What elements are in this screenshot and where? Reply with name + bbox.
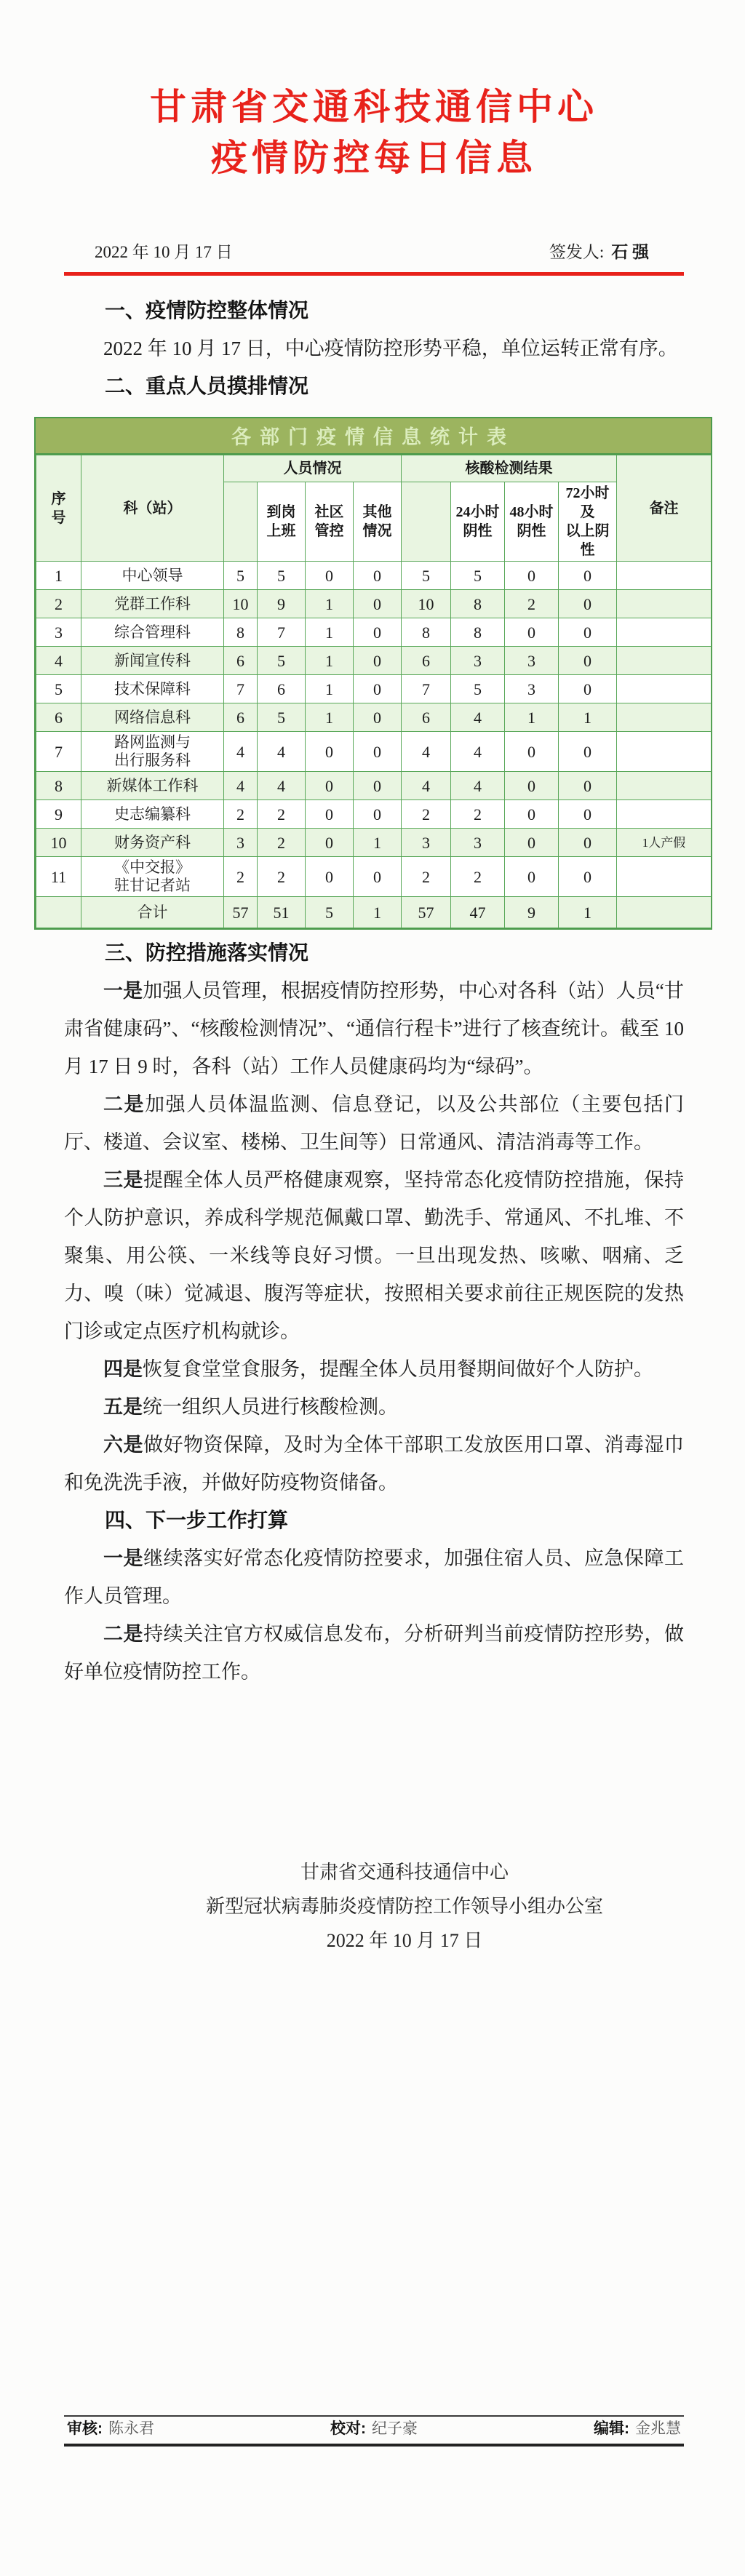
col-subheader-72h: 72小时及 以上阴性 xyxy=(559,482,617,562)
cell-value: 4 xyxy=(451,703,505,732)
cell-index: 5 xyxy=(36,675,81,703)
document-title: 甘肃省交通科技通信中心 疫情防控每日信息 xyxy=(64,81,684,183)
cell-value: 1 xyxy=(354,829,402,857)
cell-value: 8 xyxy=(402,618,451,647)
cell-value: 0 xyxy=(559,675,617,703)
paragraph-lead: 三是 xyxy=(103,1169,143,1191)
cell-value: 0 xyxy=(559,857,617,897)
cell-dept: 网络信息科 xyxy=(81,703,224,732)
cell-remark xyxy=(617,772,712,800)
table-row: 7路网监测与 出行服务科44004400 xyxy=(36,732,712,772)
table-row: 4新闻宣传科65106330 xyxy=(36,647,712,675)
cell-value: 4 xyxy=(224,732,258,772)
signature-org-line2: 新型冠状病毒肺炎疫情防控工作领导小组办公室 xyxy=(32,1889,745,1923)
body-paragraph: 六是做好物资保障，及时为全体干部职工发放医用口罩、消毒湿巾和免洗洗手液，并做好防… xyxy=(64,1426,684,1502)
cell-value: 47 xyxy=(451,897,505,928)
cell-value: 1 xyxy=(306,647,354,675)
cell-value: 5 xyxy=(258,562,306,590)
cell-value: 7 xyxy=(402,675,451,703)
cell-remark: 1人产假 xyxy=(617,829,712,857)
cell-value: 0 xyxy=(306,772,354,800)
table-total-row: 合计575151574791 xyxy=(36,897,712,928)
cell-value: 8 xyxy=(451,618,505,647)
cell-value: 1 xyxy=(354,897,402,928)
cell-remark xyxy=(617,618,712,647)
cell-value: 0 xyxy=(559,800,617,829)
cell-dept: 新闻宣传科 xyxy=(81,647,224,675)
col-header-index: 序 号 xyxy=(36,455,81,562)
cell-value: 2 xyxy=(402,800,451,829)
cell-value: 3 xyxy=(402,829,451,857)
paragraph-lead: 二是 xyxy=(103,1093,145,1115)
issuer: 签发人:石 强 xyxy=(549,242,649,263)
col-subheader-48h: 48小时 阴性 xyxy=(505,482,559,562)
cell-value: 2 xyxy=(258,800,306,829)
covid-table: 序 号 科（站） 人员情况 核酸检测结果 备注 到岗 上班 社区 管控 其他 情… xyxy=(36,455,712,928)
cell-value: 0 xyxy=(559,562,617,590)
paragraph-lead: 一是 xyxy=(103,980,143,1002)
cell-index: 6 xyxy=(36,703,81,732)
cell-value: 4 xyxy=(258,732,306,772)
body-paragraph: 一是加强人员管理，根据疫情防控形势，中心对各科（站）人员“甘肃省健康码”、“核酸… xyxy=(64,972,684,1085)
body-paragraph: 2022 年 10 月 17 日，中心疫情防控形势平稳，单位运转正常有序。 xyxy=(64,330,684,367)
cell-dept: 合计 xyxy=(81,897,224,928)
paragraph-lead: 六是 xyxy=(103,1434,143,1456)
cell-index: 10 xyxy=(36,829,81,857)
cell-index: 8 xyxy=(36,772,81,800)
covid-stats-table: 各部门疫情信息统计表 序 号 科（站） 人员情况 核酸检测结果 备注 xyxy=(34,417,712,930)
table-row: 9史志编纂科22002200 xyxy=(36,800,712,829)
table-header: 序 号 科（站） 人员情况 核酸检测结果 备注 到岗 上班 社区 管控 其他 情… xyxy=(36,455,712,562)
col-header-dept: 科（站） xyxy=(81,455,224,562)
cell-value: 0 xyxy=(505,772,559,800)
table-row: 10财务资产科320133001人产假 xyxy=(36,829,712,857)
cell-index: 1 xyxy=(36,562,81,590)
cell-dept: 中心领导 xyxy=(81,562,224,590)
cell-value: 1 xyxy=(306,590,354,618)
title-line-1: 甘肃省交通科技通信中心 xyxy=(64,81,684,132)
cell-value: 0 xyxy=(354,618,402,647)
red-divider-line xyxy=(64,272,684,276)
cell-value: 1 xyxy=(306,618,354,647)
issuer-name: 石 强 xyxy=(611,243,649,261)
cell-value: 5 xyxy=(258,647,306,675)
cell-value: 0 xyxy=(505,829,559,857)
cell-value: 0 xyxy=(505,618,559,647)
cell-value: 0 xyxy=(559,647,617,675)
cell-index: 9 xyxy=(36,800,81,829)
cell-value: 3 xyxy=(224,829,258,857)
cell-index: 11 xyxy=(36,857,81,897)
cell-remark xyxy=(617,857,712,897)
cell-value: 6 xyxy=(258,675,306,703)
cell-value: 0 xyxy=(354,772,402,800)
cell-index xyxy=(36,897,81,928)
body-paragraph: 三是提醒全体人员严格健康观察，坚持常态化疫情防控措施，保持个人防护意识，养成科学… xyxy=(64,1161,684,1350)
proof-name: 纪子豪 xyxy=(372,2420,418,2437)
cell-value: 8 xyxy=(224,618,258,647)
paragraph-lead: 一是 xyxy=(103,1547,143,1569)
cell-value: 7 xyxy=(224,675,258,703)
cell-dept: 路网监测与 出行服务科 xyxy=(81,732,224,772)
cell-value: 5 xyxy=(451,675,505,703)
cell-value: 0 xyxy=(354,732,402,772)
footer-edit: 编辑:金兆慧 xyxy=(594,2418,681,2439)
cell-value: 1 xyxy=(559,703,617,732)
cell-value: 0 xyxy=(505,732,559,772)
body-paragraph: 一是继续落实好常态化疫情防控要求，加强住宿人员、应急保障工作人员管理。 xyxy=(64,1539,684,1615)
cell-value: 4 xyxy=(224,772,258,800)
cell-remark xyxy=(617,703,712,732)
cell-value: 0 xyxy=(354,800,402,829)
cell-value: 0 xyxy=(559,618,617,647)
cell-value: 2 xyxy=(258,829,306,857)
cell-value: 1 xyxy=(306,675,354,703)
signature-date: 2022 年 10 月 17 日 xyxy=(32,1923,745,1958)
cell-value: 2 xyxy=(224,857,258,897)
cell-value: 9 xyxy=(258,590,306,618)
cell-value: 3 xyxy=(505,647,559,675)
cell-value: 1 xyxy=(306,703,354,732)
cell-value: 0 xyxy=(559,829,617,857)
review-name: 陈永君 xyxy=(108,2420,154,2437)
cell-remark xyxy=(617,590,712,618)
cell-value: 6 xyxy=(402,703,451,732)
col-subheader-nat-total xyxy=(402,482,451,562)
cell-value: 0 xyxy=(306,732,354,772)
cell-value: 5 xyxy=(306,897,354,928)
document-page: 甘肃省交通科技通信中心 疫情防控每日信息 2022 年 10 月 17 日 签发… xyxy=(0,0,745,2576)
cell-value: 2 xyxy=(224,800,258,829)
cell-value: 5 xyxy=(451,562,505,590)
cell-dept: 《中交报》 驻甘记者站 xyxy=(81,857,224,897)
footer-proof: 校对:纪子豪 xyxy=(330,2418,418,2439)
cell-value: 0 xyxy=(505,800,559,829)
footer-review: 审核:陈永君 xyxy=(67,2418,154,2439)
cell-value: 0 xyxy=(306,857,354,897)
table-row: 8新媒体工作科44004400 xyxy=(36,772,712,800)
cell-value: 0 xyxy=(559,732,617,772)
section-heading: 三、防控措施落实情况 xyxy=(64,934,684,972)
body-paragraph: 四是恢复食堂堂食服务，提醒全体人员用餐期间做好个人防护。 xyxy=(64,1350,684,1388)
cell-value: 0 xyxy=(354,675,402,703)
cell-value: 0 xyxy=(306,829,354,857)
section-heading: 四、下一步工作打算 xyxy=(64,1502,684,1539)
cell-value: 4 xyxy=(451,772,505,800)
signature-block: 甘肃省交通科技通信中心 新型冠状病毒肺炎疫情防控工作领导小组办公室 2022 年… xyxy=(0,1855,745,1958)
cell-value: 6 xyxy=(224,703,258,732)
cell-value: 4 xyxy=(451,732,505,772)
col-subheader-people-total xyxy=(224,482,258,562)
cell-value: 0 xyxy=(306,800,354,829)
cell-dept: 技术保障科 xyxy=(81,675,224,703)
table-row: 2党群工作科1091010820 xyxy=(36,590,712,618)
cell-value: 0 xyxy=(354,857,402,897)
table-row: 6网络信息科65106411 xyxy=(36,703,712,732)
cell-remark xyxy=(617,800,712,829)
cell-value: 0 xyxy=(505,857,559,897)
cell-remark xyxy=(617,897,712,928)
cell-value: 2 xyxy=(402,857,451,897)
cell-dept: 新媒体工作科 xyxy=(81,772,224,800)
title-line-2: 疫情防控每日信息 xyxy=(64,132,684,183)
col-header-remark: 备注 xyxy=(617,455,712,562)
cell-value: 4 xyxy=(258,772,306,800)
cell-value: 3 xyxy=(451,829,505,857)
cell-value: 2 xyxy=(451,800,505,829)
col-subheader-24h: 24小时 阴性 xyxy=(451,482,505,562)
cell-dept: 财务资产科 xyxy=(81,829,224,857)
table-row: 11《中交报》 驻甘记者站22002200 xyxy=(36,857,712,897)
cell-index: 2 xyxy=(36,590,81,618)
cell-value: 3 xyxy=(505,675,559,703)
signature-org-line1: 甘肃省交通科技通信中心 xyxy=(32,1855,745,1889)
col-group-nat: 核酸检测结果 xyxy=(402,455,617,482)
issuer-label: 签发人: xyxy=(549,243,604,261)
cell-value: 10 xyxy=(402,590,451,618)
paragraph-lead: 二是 xyxy=(103,1623,143,1645)
cell-value: 57 xyxy=(402,897,451,928)
cell-dept: 党群工作科 xyxy=(81,590,224,618)
proof-label: 校对: xyxy=(330,2420,366,2437)
cell-remark xyxy=(617,675,712,703)
cell-remark xyxy=(617,732,712,772)
section-heading: 二、重点人员摸排情况 xyxy=(64,367,684,405)
cell-value: 5 xyxy=(258,703,306,732)
cell-value: 0 xyxy=(505,562,559,590)
table-row: 1中心领导55005500 xyxy=(36,562,712,590)
col-subheader-community: 社区 管控 xyxy=(306,482,354,562)
cell-value: 2 xyxy=(258,857,306,897)
body-paragraph: 二是持续关注官方权威信息发布，分析研判当前疫情防控形势，做好单位疫情防控工作。 xyxy=(64,1615,684,1691)
paragraph-lead: 五是 xyxy=(103,1396,143,1418)
signature-inner: 甘肃省交通科技通信中心 新型冠状病毒肺炎疫情防控工作领导小组办公室 2022 年… xyxy=(32,1855,745,1958)
cell-remark xyxy=(617,562,712,590)
body-paragraph: 五是统一组织人员进行核酸检测。 xyxy=(64,1388,684,1426)
cell-value: 1 xyxy=(559,897,617,928)
document-content: 甘肃省交通科技通信中心 疫情防控每日信息 2022 年 10 月 17 日 签发… xyxy=(0,81,745,1691)
cell-value: 3 xyxy=(451,647,505,675)
cell-value: 0 xyxy=(559,590,617,618)
col-subheader-other: 其他 情况 xyxy=(354,482,402,562)
cell-value: 4 xyxy=(402,772,451,800)
cell-value: 0 xyxy=(354,590,402,618)
document-date: 2022 年 10 月 17 日 xyxy=(95,242,233,263)
cell-value: 1 xyxy=(505,703,559,732)
cell-value: 6 xyxy=(402,647,451,675)
body-paragraph: 二是加强人员体温监测、信息登记，以及公共部位（主要包括门厅、楼道、会议室、楼梯、… xyxy=(64,1085,684,1161)
cell-index: 3 xyxy=(36,618,81,647)
cell-value: 4 xyxy=(402,732,451,772)
table-body: 1中心领导550055002党群工作科10910108203综合管理科87108… xyxy=(36,562,712,928)
edit-label: 编辑: xyxy=(594,2420,629,2437)
meta-row: 2022 年 10 月 17 日 签发人:石 强 xyxy=(95,242,649,263)
cell-value: 0 xyxy=(354,647,402,675)
paragraph-lead: 四是 xyxy=(103,1358,143,1380)
cell-remark xyxy=(617,647,712,675)
cell-value: 7 xyxy=(258,618,306,647)
cell-value: 10 xyxy=(224,590,258,618)
cell-index: 4 xyxy=(36,647,81,675)
table-title: 各部门疫情信息统计表 xyxy=(36,418,711,455)
cell-value: 2 xyxy=(451,857,505,897)
cell-value: 9 xyxy=(505,897,559,928)
table-row: 5技术保障科76107530 xyxy=(36,675,712,703)
col-subheader-on-duty: 到岗 上班 xyxy=(258,482,306,562)
cell-dept: 综合管理科 xyxy=(81,618,224,647)
table-row: 3综合管理科87108800 xyxy=(36,618,712,647)
body-section-top: 一、疫情防控整体情况2022 年 10 月 17 日，中心疫情防控形势平稳，单位… xyxy=(64,292,684,405)
review-label: 审核: xyxy=(67,2420,103,2437)
cell-index: 7 xyxy=(36,732,81,772)
section-heading: 一、疫情防控整体情况 xyxy=(64,292,684,330)
cell-value: 0 xyxy=(559,772,617,800)
body-section-bottom: 三、防控措施落实情况一是加强人员管理，根据疫情防控形势，中心对各科（站）人员“甘… xyxy=(64,934,684,1691)
document-footer: 审核:陈永君 校对:纪子豪 编辑:金兆慧 xyxy=(64,2415,684,2447)
cell-value: 51 xyxy=(258,897,306,928)
cell-value: 6 xyxy=(224,647,258,675)
cell-value: 5 xyxy=(402,562,451,590)
edit-name: 金兆慧 xyxy=(635,2420,681,2437)
cell-value: 0 xyxy=(306,562,354,590)
cell-value: 5 xyxy=(224,562,258,590)
table-header-row-groups: 序 号 科（站） 人员情况 核酸检测结果 备注 xyxy=(36,455,712,482)
cell-value: 0 xyxy=(354,703,402,732)
cell-value: 8 xyxy=(451,590,505,618)
col-group-people: 人员情况 xyxy=(224,455,402,482)
cell-value: 0 xyxy=(354,562,402,590)
cell-value: 57 xyxy=(224,897,258,928)
cell-value: 2 xyxy=(505,590,559,618)
cell-dept: 史志编纂科 xyxy=(81,800,224,829)
